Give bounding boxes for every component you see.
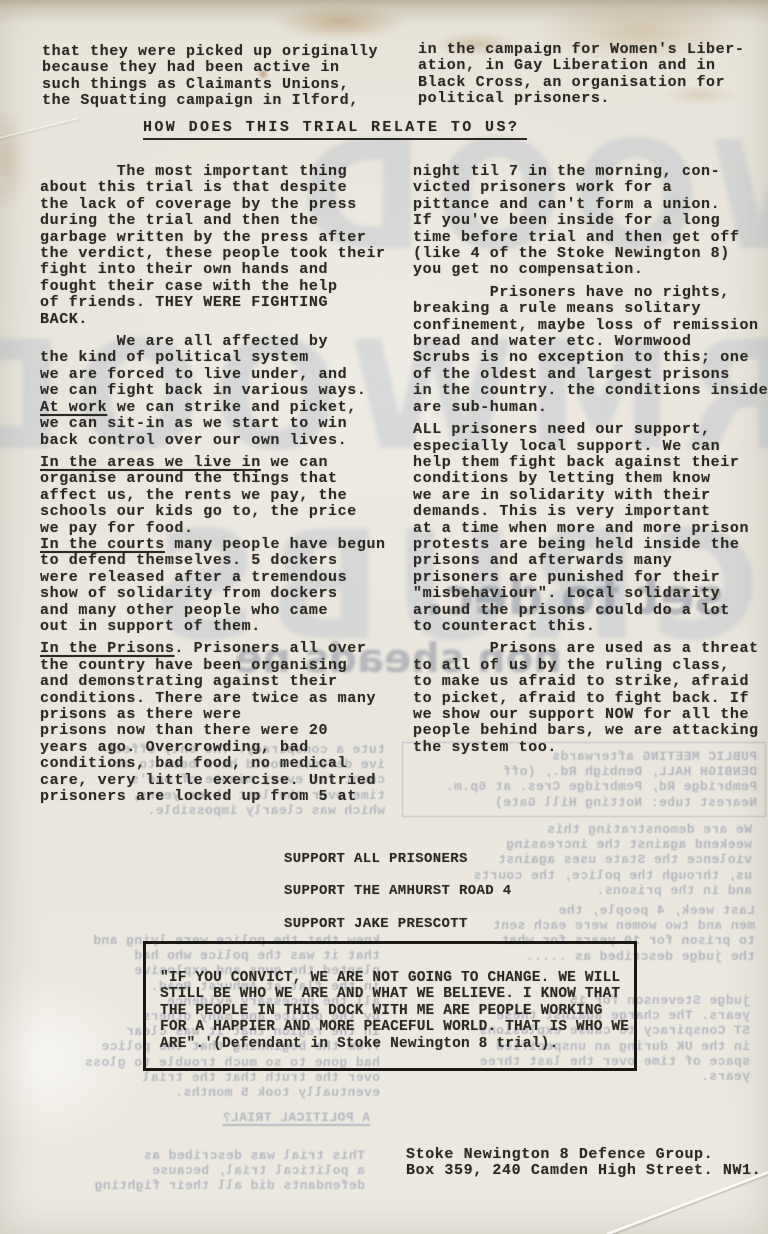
- intro-paragraph-right: in the campaign for Women's Liber-ation,…: [418, 42, 758, 108]
- defendant-quote-box: "IF YOU CONVICT, WE ARE NOT GOING TO CHA…: [143, 941, 637, 1071]
- paper-crease: [0, 117, 79, 141]
- section-heading: HOW DOES THIS TRIAL RELATE TO US?: [143, 119, 527, 140]
- bleedthrough-text-block: A POLITICAL TRIAL?: [140, 1110, 370, 1125]
- intro-paragraph-left: that they were picked up originallybecau…: [42, 44, 398, 110]
- bleedthrough-text-block: This trial was described asa political t…: [45, 1148, 365, 1194]
- right-column: night til 7 in the morning, con-victed p…: [413, 164, 765, 762]
- slogan-list: SUPPORT ALL PRISONERSSUPPORT THE AMHURST…: [284, 851, 512, 948]
- scanned-leaflet-page: WORMWOOD WORMWOOD SCRUBS set to dec. non…: [0, 0, 768, 1234]
- section-heading-text: HOW DOES THIS TRIAL RELATE TO US?: [143, 119, 527, 140]
- left-column: The most important thingabout this trial…: [40, 164, 398, 811]
- publisher-address: Stoke Newington 8 Defence Group.Box 359,…: [406, 1147, 761, 1180]
